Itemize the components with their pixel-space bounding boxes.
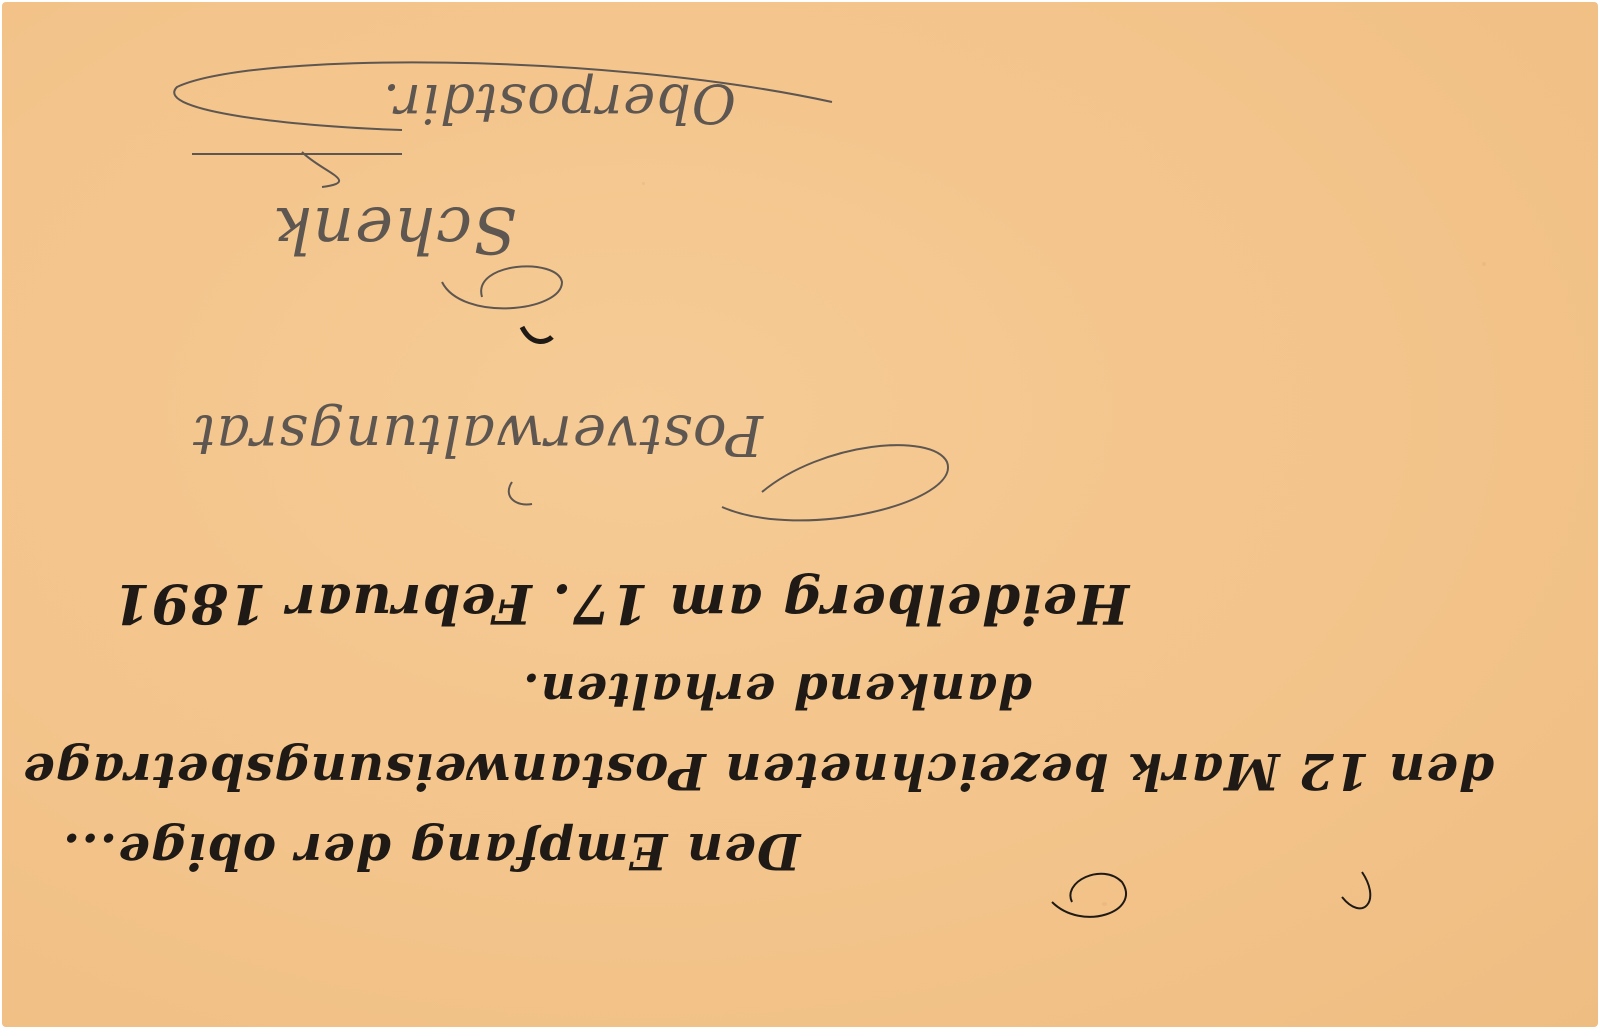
signature-flourishes [2, 2, 1600, 1029]
postcard: Den Empfang der obige... den 12 Mark bez… [2, 2, 1598, 1027]
